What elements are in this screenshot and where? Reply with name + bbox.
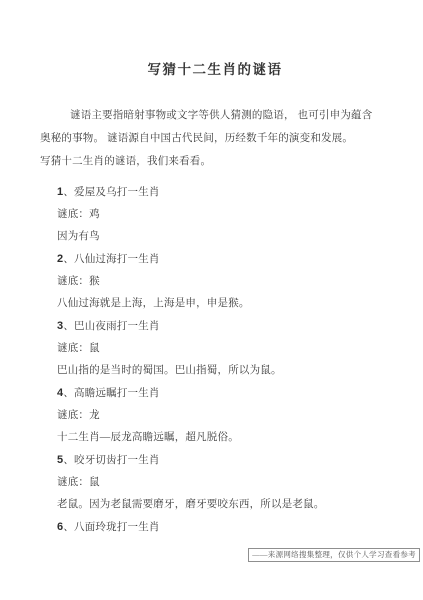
riddle-text: 咬牙切齿打一生肖 — [74, 455, 160, 466]
riddle-item: 6、八面玲珑打一生肖 — [57, 520, 390, 535]
riddle-list: 1、爱屋及乌打一生肖 谜底：鸡 因为有鸟 2、八仙过海打一生肖 谜底：猴 八仙过… — [40, 185, 390, 535]
page-title: 写猜十二生肖的谜语 — [40, 58, 390, 78]
answer-line: 谜底：鼠 — [57, 342, 390, 356]
document-content: 写猜十二生肖的谜语 谜语主要指暗射事物或文字等供人猜测的隐语， 也可引申为蕴含 … — [0, 0, 423, 535]
riddle-item: 2、八仙过海打一生肖 谜底：猴 八仙过海就是上海，上海是申，申是猴。 — [57, 252, 390, 311]
riddle-item: 1、爱屋及乌打一生肖 谜底：鸡 因为有鸟 — [57, 185, 390, 244]
riddle-item: 3、巴山夜雨打一生肖 谜底：鼠 巴山指的是当时的蜀国。巴山指蜀，所以为鼠。 — [57, 319, 390, 378]
riddle-heading: 1、爱屋及乌打一生肖 — [57, 185, 390, 200]
note-line: 十二生肖—辰龙高瞻远瞩，超凡脱俗。 — [57, 431, 390, 445]
item-separator: 、 — [63, 522, 74, 533]
riddle-item: 5、咬牙切齿打一生肖 谜底：鼠 老鼠。因为老鼠需要磨牙，磨牙要咬东西，所以是老鼠… — [57, 453, 390, 512]
riddle-text: 八面玲珑打一生肖 — [74, 522, 160, 533]
riddle-text: 爱屋及乌打一生肖 — [74, 187, 160, 198]
note-line: 老鼠。因为老鼠需要磨牙，磨牙要咬东西，所以是老鼠。 — [57, 498, 390, 512]
answer-line: 谜底：龙 — [57, 409, 390, 423]
riddle-heading: 2、八仙过海打一生肖 — [57, 252, 390, 267]
item-separator: 、 — [63, 254, 74, 265]
note-line: 巴山指的是当时的蜀国。巴山指蜀，所以为鼠。 — [57, 364, 390, 378]
item-separator: 、 — [63, 187, 74, 198]
riddle-heading: 6、八面玲珑打一生肖 — [57, 520, 390, 535]
riddle-heading: 3、巴山夜雨打一生肖 — [57, 319, 390, 334]
riddle-heading: 4、高瞻远瞩打一生肖 — [57, 386, 390, 401]
footer-source-note: ——来源网络搜集整理，仅供个人学习查看参考 — [248, 548, 420, 562]
intro-paragraph: 谜语主要指暗射事物或文字等供人猜测的隐语， 也可引申为蕴含 奥秘的事物。 谜语源… — [40, 109, 390, 169]
riddle-text: 巴山夜雨打一生肖 — [74, 321, 160, 332]
riddle-text: 高瞻远瞩打一生肖 — [74, 388, 160, 399]
item-separator: 、 — [63, 321, 74, 332]
intro-line: 奥秘的事物。 谜语源自中国古代民间，历经数千年的演变和发展。 — [40, 132, 390, 146]
answer-line: 谜底：猴 — [57, 275, 390, 289]
riddle-item: 4、高瞻远瞩打一生肖 谜底：龙 十二生肖—辰龙高瞻远瞩，超凡脱俗。 — [57, 386, 390, 445]
riddle-text: 八仙过海打一生肖 — [74, 254, 160, 265]
intro-line: 谜语主要指暗射事物或文字等供人猜测的隐语， 也可引申为蕴含 — [40, 109, 390, 123]
item-separator: 、 — [63, 388, 74, 399]
answer-line: 谜底：鼠 — [57, 476, 390, 490]
riddle-heading: 5、咬牙切齿打一生肖 — [57, 453, 390, 468]
item-separator: 、 — [63, 455, 74, 466]
note-line: 因为有鸟 — [57, 230, 390, 244]
intro-line: 写猜十二生肖的谜语，我们来看看。 — [40, 155, 390, 169]
note-line: 八仙过海就是上海，上海是申，申是猴。 — [57, 297, 390, 311]
answer-line: 谜底：鸡 — [57, 208, 390, 222]
document-page: 写猜十二生肖的谜语 谜语主要指暗射事物或文字等供人猜测的隐语， 也可引申为蕴含 … — [0, 0, 423, 600]
